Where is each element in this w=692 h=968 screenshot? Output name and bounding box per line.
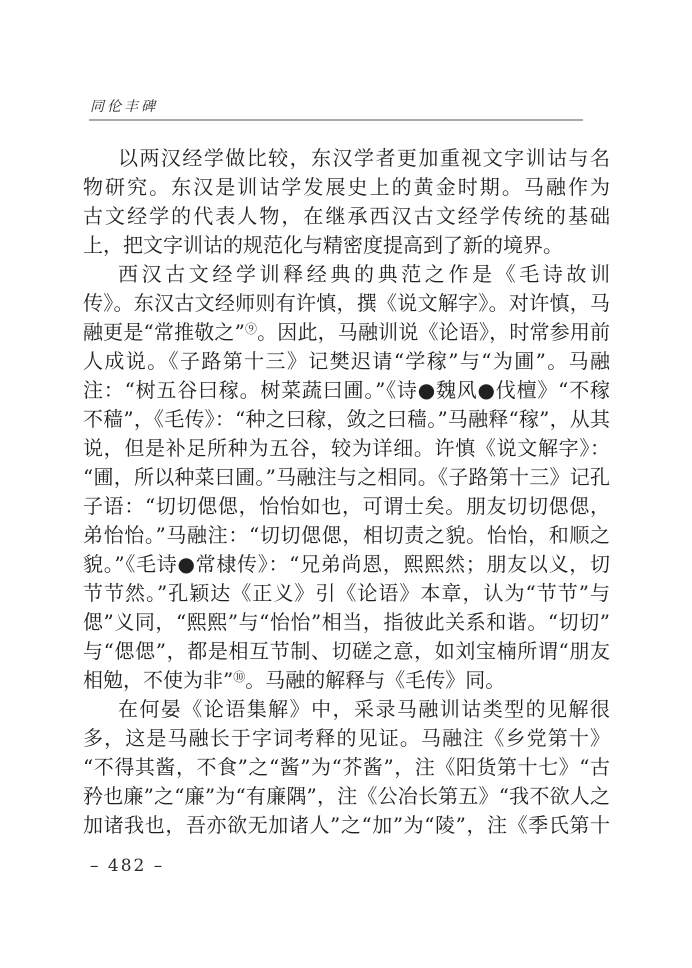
text-line: 注：“树五谷曰稼。树菜蔬曰圃。”《诗●魏风●伐檀》“不稼 xyxy=(83,376,610,405)
running-header-title: 同伦丰碑 xyxy=(90,96,158,116)
text-line: “不得其酱，不食”之“酱”为“芥酱”，注《阳货第十七》“古之 xyxy=(83,753,610,782)
text-line: 子语：“切切偲偲，怡怡如也，可谓士矣。朋友切切偲偲，兄 xyxy=(83,492,610,521)
text-line: 多，这是马融长于字词考释的见证。马融注《乡党第十》 xyxy=(83,724,610,753)
text-line: 以两汉经学做比较，东汉学者更加重视文字训诂与名 xyxy=(83,144,610,173)
body-text: 以两汉经学做比较，东汉学者更加重视文字训诂与名物研究。东汉是训诂学发展史上的黄金… xyxy=(83,144,610,840)
text-line: 融更是“常推敬之”⑨。因此，马融训说《论语》，时常参用前 xyxy=(83,318,610,347)
text-line: 物研究。东汉是训诂学发展史上的黄金时期。马融作为 xyxy=(83,173,610,202)
text-line: 加诸我也，吾亦欲无加诸人”之“加”为“陵”，注《季氏第十 xyxy=(83,811,610,840)
text-line: 上，把文字训诂的规范化与精密度提高到了新的境界。 xyxy=(83,231,610,260)
text-line: 西汉古文经学训释经典的典范之作是《毛诗故训 xyxy=(83,260,610,289)
text-line: 弟怡怡。”马融注：“切切偲偲，相切责之貌。怡怡，和顺之 xyxy=(83,521,610,550)
page-number: – 482 – xyxy=(90,856,164,876)
text-line: 人成说。《子路第十三》记樊迟请“学稼”与“为圃”。马融 xyxy=(83,347,610,376)
text-line: 偲”义同，“熙熙”与“怡怡”相当，指彼此关系和谐。“切切” xyxy=(83,608,610,637)
header-rule xyxy=(89,119,583,121)
document-page: 同伦丰碑 以两汉经学做比较，东汉学者更加重视文字训诂与名物研究。东汉是训诂学发展… xyxy=(0,0,692,968)
text-line: 貌。”《毛诗●常棣传》：“兄弟尚恩，熙熙然；朋友以义，切切 xyxy=(83,550,610,579)
text-line: 古文经学的代表人物，在继承西汉古文经学传统的基础 xyxy=(83,202,610,231)
text-line: 说，但是补足所种为五谷，较为详细。许慎《说文解字》： xyxy=(83,434,610,463)
text-line: 传》。东汉古文经师则有许慎，撰《说文解字》。对许慎，马 xyxy=(83,289,610,318)
text-line: 与“偲偲”，都是相互节制、切磋之意，如刘宝楠所谓“朋友 xyxy=(83,637,610,666)
text-line: 矜也廉”之“廉”为“有廉隅”，注《公冶长第五》“我不欲人之 xyxy=(83,782,610,811)
text-line: 在何晏《论语集解》中，采录马融训诂类型的见解很 xyxy=(83,695,610,724)
text-line: 不穑”，《毛传》：“种之曰稼，敛之曰穑。”马融释“稼”，从其 xyxy=(83,405,610,434)
text-line: 节节然。”孔颖达《正义》引《论语》本章，认为“节节”与“偲 xyxy=(83,579,610,608)
footnote-marker: ⑩ xyxy=(233,670,245,684)
footnote-marker: ⑨ xyxy=(245,322,257,336)
text-line: 相勉，不使为非”⑩。马融的解释与《毛传》同。 xyxy=(83,666,610,695)
text-line: “圃，所以种菜曰圃。”马融注与之相同。《子路第十三》记孔 xyxy=(83,463,610,492)
